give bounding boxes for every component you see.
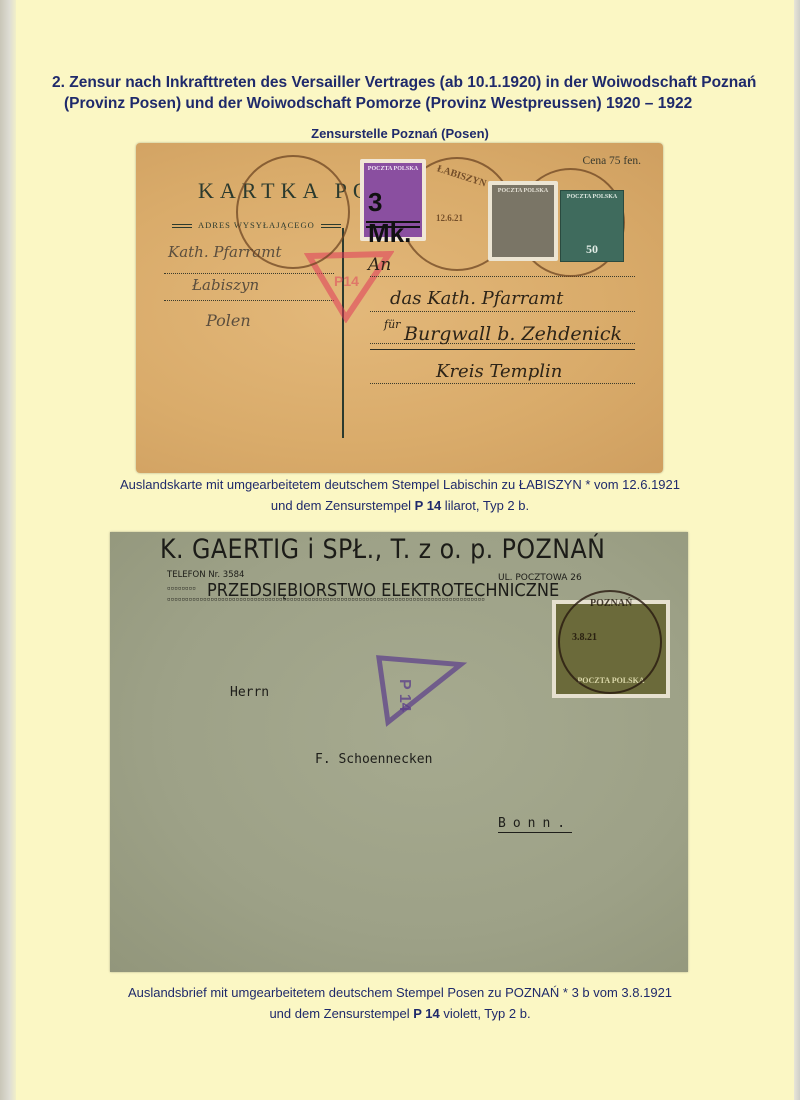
section-subheading: Zensurstelle Poznań (Posen) xyxy=(0,126,800,141)
recipient-fuer: für xyxy=(384,318,400,331)
recipient-line xyxy=(370,349,635,350)
envelope-telephone: TELEFON Nr. 3584 xyxy=(167,570,244,580)
recipient-line xyxy=(370,383,635,384)
heading-line-2: (Provinz Posen) und der Woiwodschaft Pom… xyxy=(52,93,772,114)
surcharge-stamp: POCZTA POLSKA 3 Mk. xyxy=(360,159,426,241)
recipient-name: F. Schoennecken xyxy=(315,752,432,767)
postmark-circle xyxy=(236,155,350,269)
caption-line-2: und dem Zensurstempel P 14 violett, Typ … xyxy=(0,1003,800,1024)
postmark-town: POZNAŃ xyxy=(590,598,632,609)
postcard-price: Cena 75 fen. xyxy=(583,155,641,167)
postmark-date: 12.6.21 xyxy=(436,213,463,223)
caption-line-2: und dem Zensurstempel P 14 lilarot, Typ … xyxy=(0,495,800,516)
imprinted-stamp: POCZTA POLSKA 50 xyxy=(556,186,628,266)
postcard-caption: Auslandskarte mit umgearbeitetem deutsch… xyxy=(0,474,800,516)
gray-stamp: POCZTA POLSKA xyxy=(488,181,558,261)
recipient-name: das Kath. Pfarramt xyxy=(390,288,563,309)
recipient-salutation: Herrn xyxy=(230,685,269,700)
caption-line-1: Auslandsbrief mit umgearbeitetem deutsch… xyxy=(0,982,800,1003)
sender-country: Polen xyxy=(206,311,251,330)
envelope-caption: Auslandsbrief mit umgearbeitetem deutsch… xyxy=(0,982,800,1024)
sender-town: Łabiszyn xyxy=(192,276,259,294)
caption-line-1: Auslandskarte mit umgearbeitetem deutsch… xyxy=(0,474,800,495)
recipient-an: An xyxy=(368,255,391,275)
page-left-edge xyxy=(0,0,16,1100)
envelope-border-decoration: ▫▫▫▫▫▫▫▫ xyxy=(167,585,207,592)
postcard-image: KARTKA POC Cena 75 fen. ADRES WYSYŁAJĄCE… xyxy=(136,143,663,473)
censor-mark-triangle: P 14 xyxy=(375,632,470,727)
svg-text:P 14: P 14 xyxy=(396,679,413,712)
svg-text:P14: P14 xyxy=(334,273,359,289)
page-right-edge xyxy=(794,0,800,1100)
envelope-company-name: K. GAERTIG i SPŁ., T. z o. p. POZNAŃ xyxy=(160,534,605,565)
heading-line-1: 2. Zensur nach Inkrafttreten des Versail… xyxy=(52,74,756,91)
recipient-district: Kreis Templin xyxy=(436,361,562,382)
postmark-date: 3.8.21 xyxy=(572,632,597,643)
recipient-town: Burgwall b. Zehdenick xyxy=(404,323,622,345)
recipient-line xyxy=(370,276,635,277)
page-heading: 2. Zensur nach Inkrafttreten des Versail… xyxy=(52,72,772,114)
recipient-city: Bonn. xyxy=(498,816,572,833)
recipient-line xyxy=(370,311,635,312)
envelope-border-decoration: ▫▫▫▫▫▫▫▫▫▫▫▫▫▫▫▫▫▫▫▫▫▫▫▫▫▫▫▫▫▫▫▫▫▫▫▫▫▫▫▫… xyxy=(167,596,607,603)
envelope-image: K. GAERTIG i SPŁ., T. z o. p. POZNAŃ TEL… xyxy=(110,532,688,972)
overprint-value: 3 Mk. xyxy=(368,187,422,249)
